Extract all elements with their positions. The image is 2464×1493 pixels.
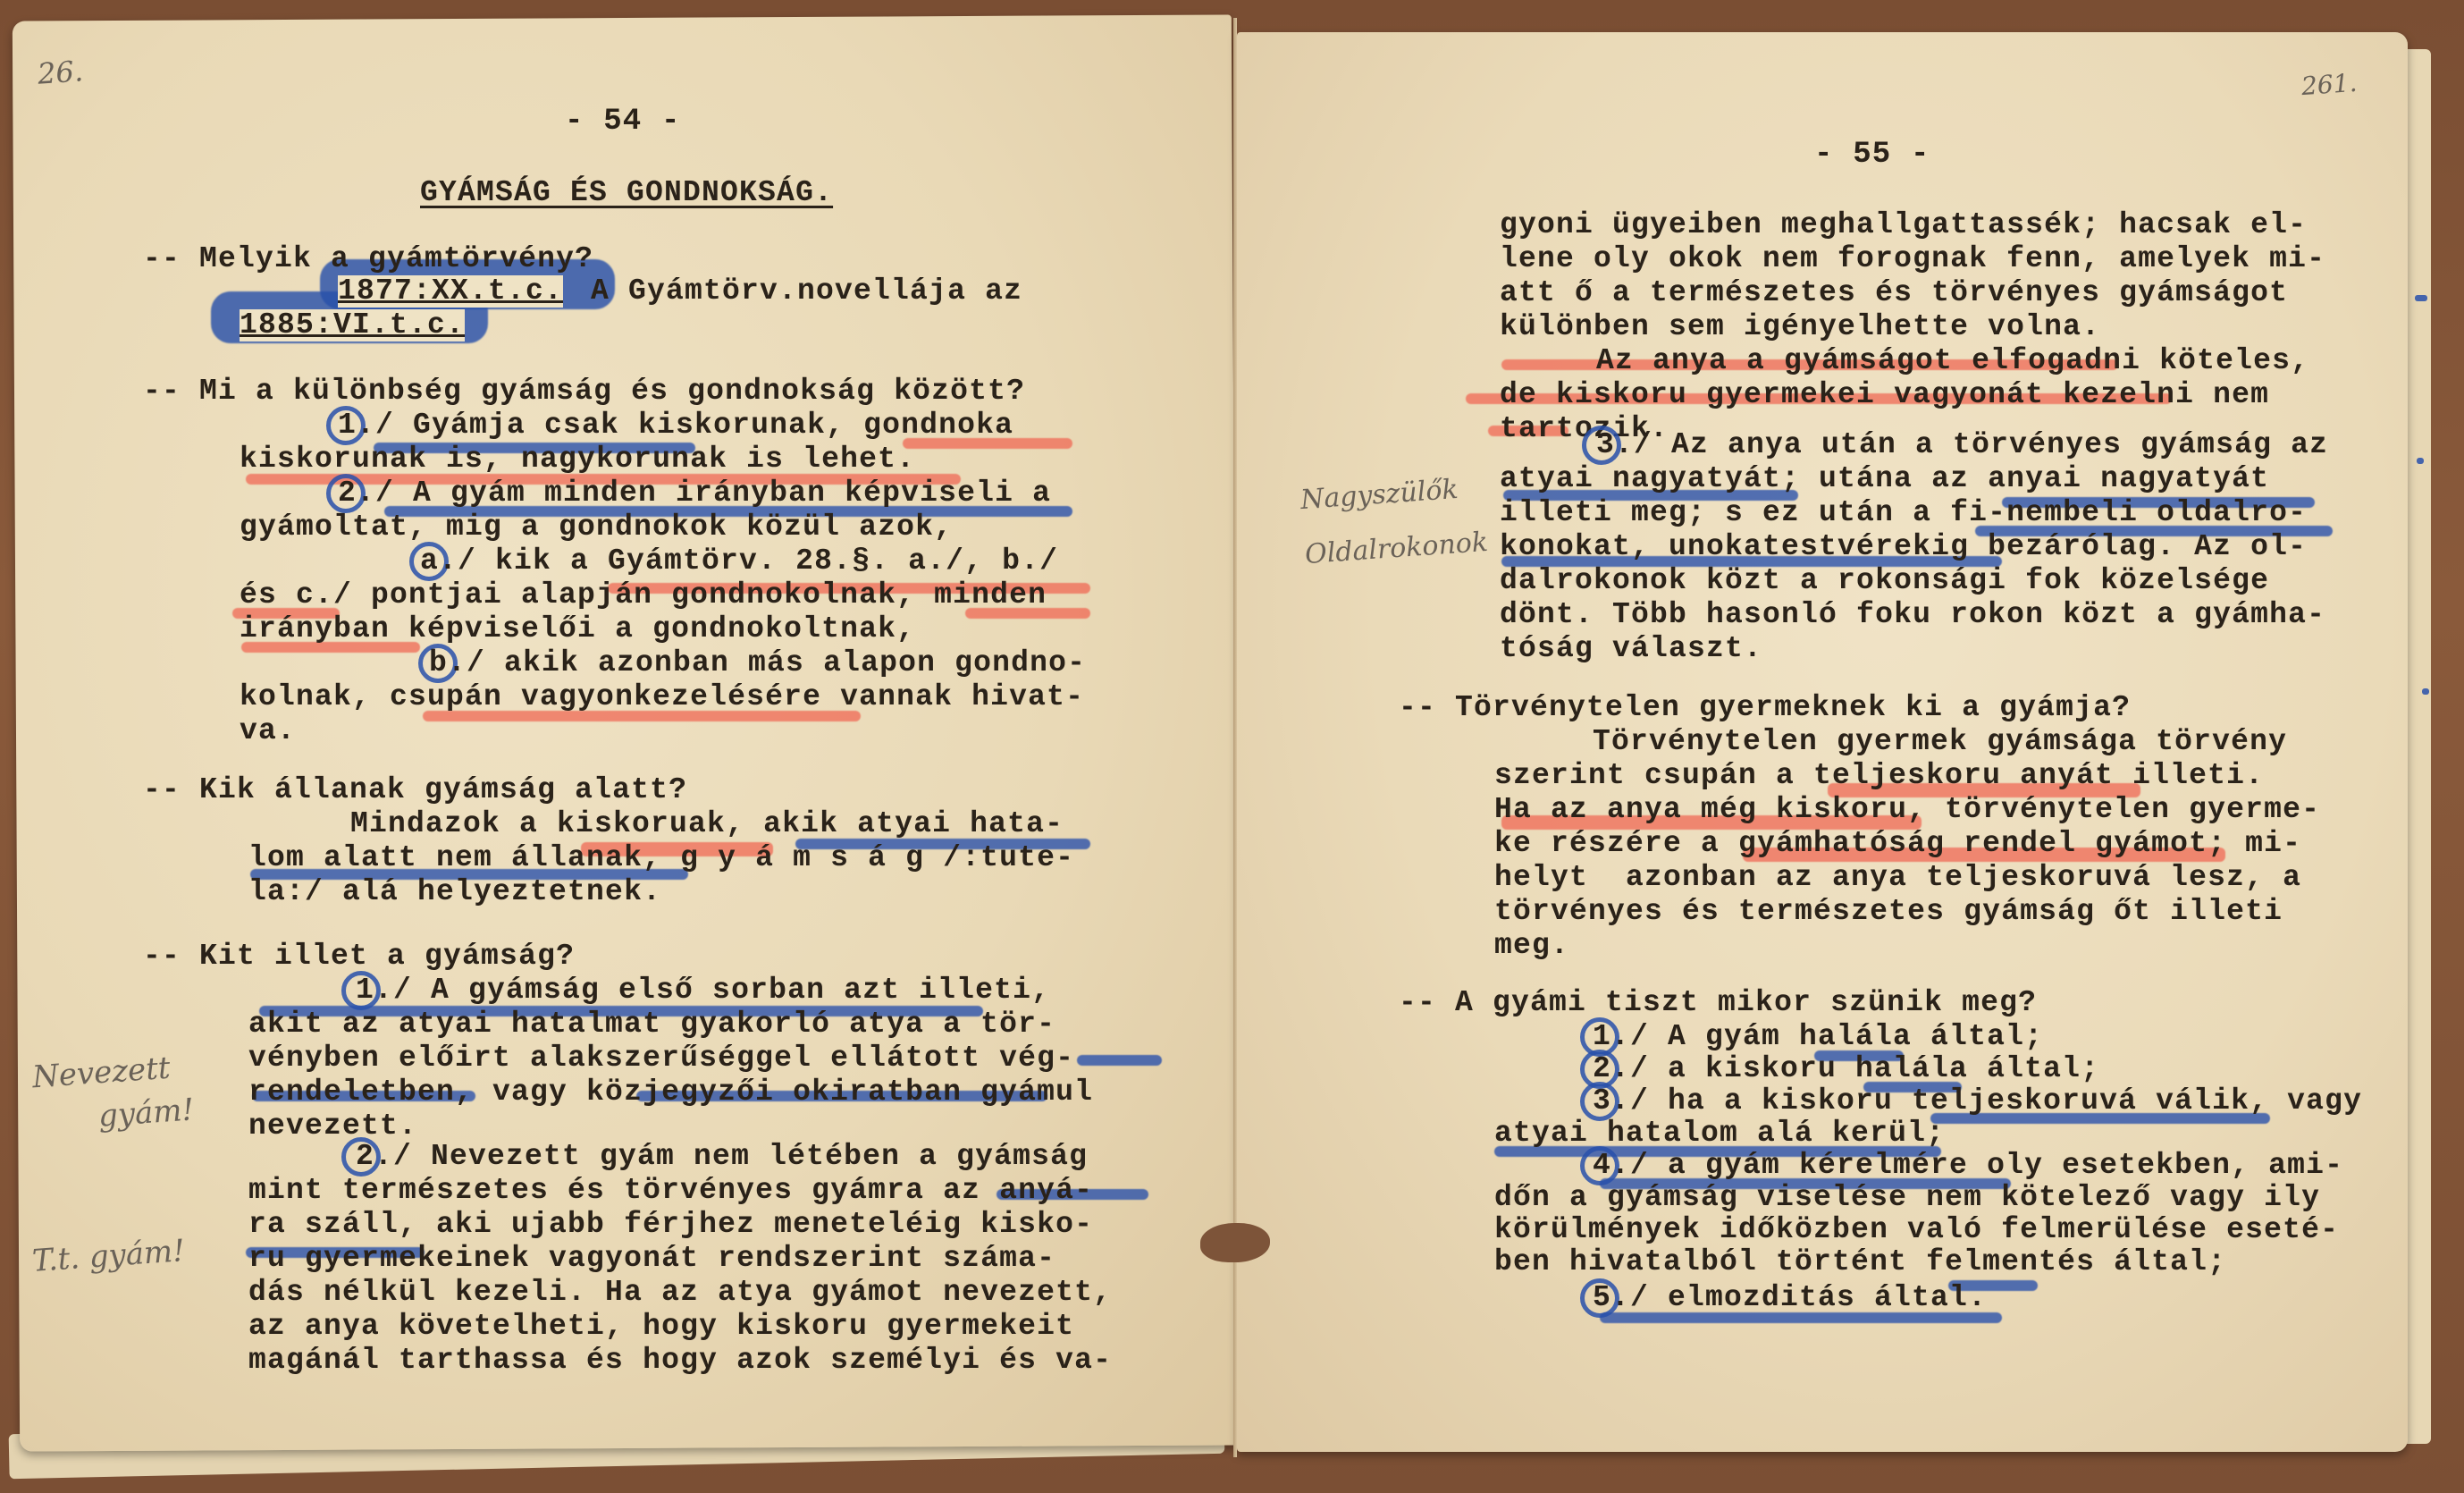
answer-line: a./ kik a Gyámtörv. 28.§. a./, b./ (420, 545, 1058, 578)
text-line: illeti meg; s ez után a fi-nembeli oldal… (1500, 497, 2307, 529)
text-line: helyt azonban az anya teljeskoruvá lesz,… (1494, 862, 2301, 894)
answer-line: gyámoltat, mig a gondnokok közül azok, (240, 511, 953, 544)
text-line: de kiskoru gyermekei vagyonát kezelni ne… (1500, 379, 2269, 411)
answer-line: 2./ Nevezett gyám nem létében a gyámság (356, 1141, 1088, 1173)
page-number-55: - 55 - (1814, 139, 1930, 171)
text-line: törvényes és természetes gyámság őt ille… (1494, 896, 2283, 928)
law-ref-1877: 1877:XX.t.c. (338, 275, 563, 308)
paper-hole (1200, 1223, 1270, 1262)
text-line: atyai nagyatyát; utána az anyai nagyatyá… (1500, 463, 2269, 495)
answer-line: va. (240, 715, 296, 747)
blue-margin-mark (2417, 458, 2424, 464)
text-line: lene oly okok nem forognak fenn, amelyek… (1500, 243, 2325, 275)
text-line: Törvénytelen gyermek gyámsága törvény (1593, 726, 2287, 758)
chapter-title: GYÁMSÁG ÉS GONDNOKSÁG. (420, 177, 833, 209)
answer-line: mint természetes és törvényes gyámra az … (248, 1175, 1093, 1207)
answer-line: az anya követelheti, hogy kiskoru gyerme… (248, 1311, 1074, 1343)
list-item: 5./ elmozditás által. (1593, 1282, 1987, 1314)
list-item: körülmények időközben való felmerülése e… (1494, 1214, 2339, 1246)
blue-margin-mark (2415, 295, 2427, 301)
answer-line: irányban képviselői a gondnokoltnak, (240, 613, 915, 645)
text-line: különben sem igényelhette volna. (1500, 311, 2100, 343)
blue-underline (1077, 1055, 1162, 1066)
text-line: ke részére a gyámhatóság rendel gyámot; … (1494, 828, 2301, 860)
answer-line: magánál tarthassa és hogy azok személyi … (248, 1345, 1112, 1377)
text-line: Ha az anya még kiskoru, törvénytelen gye… (1494, 794, 2320, 826)
list-item: ben hivatalból történt felmentés által; (1494, 1246, 2226, 1278)
answer-line: és c./ pontjai alapján gondnokolnak, min… (240, 579, 1047, 612)
answer-line: la:/ alá helyeztetnek. (248, 876, 661, 908)
page-number-54: - 54 - (565, 105, 681, 138)
answer-line: kiskorunak is, nagykorunak is lehet. (240, 443, 915, 476)
answer-line: vényben előirt alakszerűséggel ellátott … (248, 1042, 1074, 1075)
answer-line: 1./ A gyámság első sorban azt illeti, (356, 974, 1050, 1007)
list-item: 4./ a gyám kérelmére oly esetekben, ami- (1593, 1150, 2343, 1182)
answer-line: nevezett. (248, 1110, 417, 1143)
blue-margin-mark (2422, 688, 2429, 695)
text-line: konokat, unokatestvérekig bezárólag. Az … (1500, 531, 2307, 563)
text-line: meg. (1494, 930, 1569, 962)
question-3: -- Kik állanak gyámság alatt? (143, 774, 687, 806)
question-2: -- Mi a különbség gyámság és gondnokság … (143, 375, 1025, 408)
answer-line: akit az atyai hatalmat gyakorló atya a t… (248, 1008, 1055, 1041)
right-corner-note: 261. (2300, 68, 2358, 101)
list-item: dőn a gyámság viselése nem kötelező vagy… (1494, 1182, 2320, 1214)
answer-line: ru gyermekeinek vagyonát rendszerint szá… (248, 1243, 1055, 1275)
answer-line: 1./ Gyámja csak kiskorunak, gondnoka (338, 409, 1013, 442)
answer-line: rendeletben, vagy közjegyzői okiratban g… (248, 1076, 1093, 1109)
list-item: atyai hatalom alá kerül; (1494, 1118, 1945, 1150)
question-4: -- Kit illet a gyámság? (143, 941, 575, 973)
text-line: gyoni ügyeiben meghallgattassék; hacsak … (1500, 209, 2307, 241)
answer-line: 2./ A gyám minden irányban képviseli a (338, 477, 1051, 510)
list-item: 1./ A gyám halála által; (1593, 1021, 2043, 1053)
text-line: 3./ Az anya után a törvényes gyámság az (1596, 429, 2328, 461)
law-ref-1885: 1885:VI.t.c. (240, 309, 465, 342)
list-item: 3./ ha a kiskoru teljeskoruvá válik, vag… (1593, 1085, 2362, 1118)
answer-line: kolnak, csupán vagyonkezelésére vannak h… (240, 681, 1084, 713)
answer-line: ra száll, aki ujabb férjhez meneteléig k… (248, 1209, 1093, 1241)
law-text: A Gyámtörv.novellája az (572, 275, 1022, 308)
left-corner-note: 26. (37, 54, 84, 90)
text-line: att ő a természetes és törvényes gyámság… (1500, 277, 2288, 309)
text-line: dalrokonok közt a rokonsági fok közelség… (1500, 565, 2269, 597)
text-line: szerint csupán a teljeskoru anyát illeti… (1494, 760, 2264, 792)
question-1: -- Melyik a gyámtörvény? (143, 243, 593, 275)
answer-line: Mindazok a kiskoruak, akik atyai hata- (350, 808, 1064, 840)
list-item: 2./ a kiskoru halála által; (1593, 1053, 2099, 1085)
question-5: -- Törvénytelen gyermeknek ki a gyámja? (1399, 692, 2131, 724)
text-line: Az anya a gyámságot elfogadni köteles, (1596, 345, 2309, 377)
text-line: dönt. Több hasonló foku rokon közt a gyá… (1500, 599, 2325, 631)
margin-note-gyam: gyám! (97, 1092, 196, 1134)
answer-line: b./ akik azonban más alapon gondno- (429, 647, 1086, 679)
text-line: tóság választ. (1500, 633, 1762, 665)
answer-line: dás nélkül kezeli. Ha az atya gyámot nev… (248, 1277, 1112, 1309)
question-6: -- A gyámi tiszt mikor szünik meg? (1399, 987, 2037, 1019)
answer-line: lom alatt nem állanak, g y á m s á g /:t… (248, 842, 1074, 874)
